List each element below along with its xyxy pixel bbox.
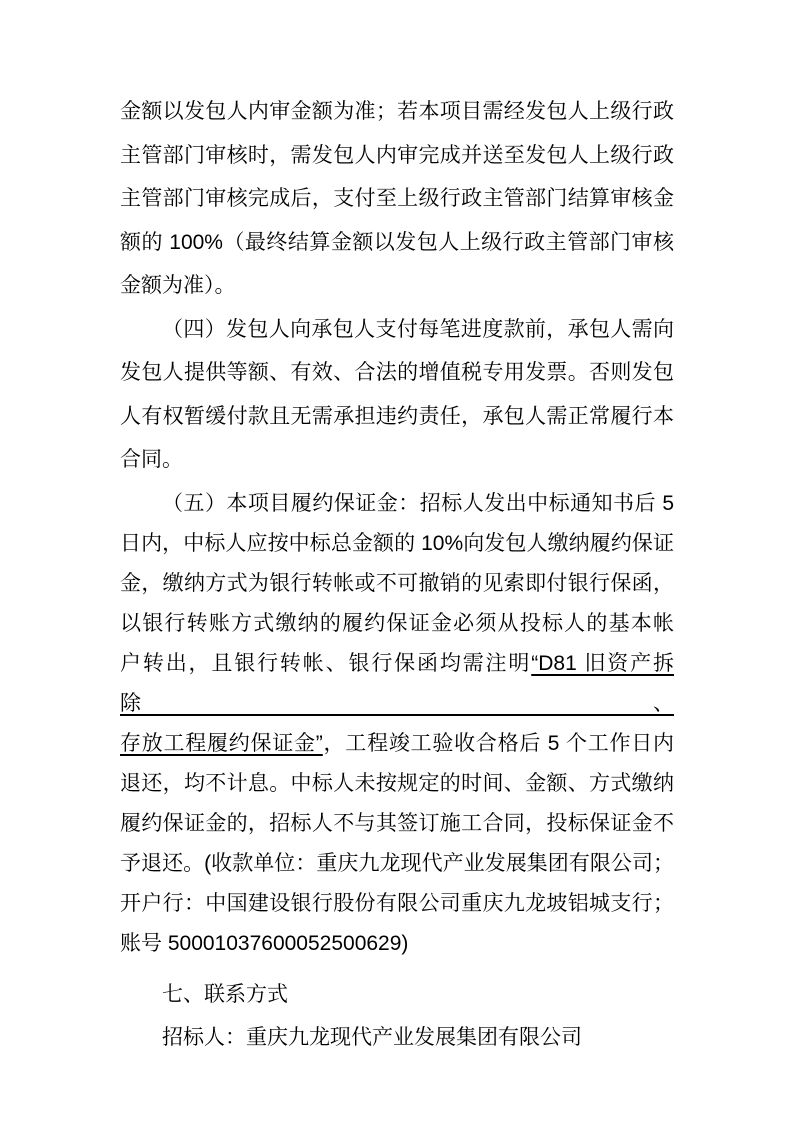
text-segment: 户转出，且银行转帐、银行保函均需注明 [120,652,531,675]
text-segment: 主管部门审核时，需发包人内审完成并送至发包人上级行政 [120,144,674,167]
text-line: 金额以发包人内审金额为准；若本项目需经发包人上级行政 [120,90,674,134]
text-line: 履约保证金的，招标人不与其签订施工合同，投标保证金不 [120,804,674,844]
text-segment: 金，缴纳方式为银行转帐或不可撤销的见索即付银行保函， [120,572,674,595]
text-line: （四）发包人向承包人支付每笔进度款前，承包人需向 [120,308,674,352]
text-segment: 退还，均不计息。中标人未按规定的时间、金额、方式缴纳 [120,772,674,795]
text-segment: 七、联系方式 [162,983,288,1006]
text-segment: 招标人：重庆九龙现代产业发展集团有限公司 [162,1026,582,1049]
text-line: 招标人：重庆九龙现代产业发展集团有限公司 [120,1016,674,1060]
text-line: （五）本项目履约保证金：招标人发出中标通知书后 5 [120,484,674,524]
text-segment: （五）本项目履约保证金：招标人发出中标通知书后 5 [162,492,674,515]
text-line: 额的 100%（最终结算金额以发包人上级行政主管部门审核 [120,221,674,265]
text-line: 七、联系方式 [120,973,674,1017]
underlined-text: 存放工程履约保证金” [120,732,323,755]
text-line: 主管部门审核时，需发包人内审完成并送至发包人上级行政 [120,134,674,178]
text-segment: 合同。 [120,448,183,471]
text-line: 以银行转账方式缴纳的履约保证金必须从投标人的基本帐 [120,604,674,644]
text-segment: 人有权暂缓付款且无需承担违约责任，承包人需正常履行本 [120,405,674,428]
text-line: 人有权暂缓付款且无需承担违约责任，承包人需正常履行本 [120,395,674,439]
text-segment: 发包人提供等额、有效、合法的增值税专用发票。否则发包 [120,361,674,384]
text-segment: 开户行：中国建设银行股份有限公司重庆九龙坡铝城支行； [120,892,674,915]
text-segment: 主管部门审核完成后，支付至上级行政主管部门结算审核金 [120,187,674,210]
text-segment: （四）发包人向承包人支付每笔进度款前，承包人需向 [162,318,674,341]
text-segment: 日内，中标人应按中标总金额的 10%向发包人缴纳履约保证 [120,532,674,555]
text-segment: 金额以发包人内审金额为准；若本项目需经发包人上级行政 [120,100,674,123]
text-line: 予退还。(收款单位：重庆九龙现代产业发展集团有限公司； [120,844,674,884]
text-line: 账号 50001037600052500629) [120,924,674,964]
text-line: 发包人提供等额、有效、合法的增值税专用发票。否则发包 [120,351,674,395]
document-text: 金额以发包人内审金额为准；若本项目需经发包人上级行政主管部门审核时，需发包人内审… [120,90,674,1060]
text-line: 退还，均不计息。中标人未按规定的时间、金额、方式缴纳 [120,764,674,804]
text-segment: 以银行转账方式缴纳的履约保证金必须从投标人的基本帐 [120,612,674,635]
text-line: 金，缴纳方式为银行转帐或不可撤销的见索即付银行保函， [120,564,674,604]
text-line: 日内，中标人应按中标总金额的 10%向发包人缴纳履约保证 [120,524,674,564]
paragraph-settlement-audit-continuation: 金额以发包人内审金额为准；若本项目需经发包人上级行政主管部门审核时，需发包人内审… [120,90,674,308]
text-segment: 予退还。(收款单位：重庆九龙现代产业发展集团有限公司； [120,852,674,875]
text-segment: 额的 100%（最终结算金额以发包人上级行政主管部门审核 [120,231,674,254]
paragraph-clause-four-invoice: （四）发包人向承包人支付每笔进度款前，承包人需向发包人提供等额、有效、合法的增值… [120,308,674,482]
paragraph-tenderer-name: 招标人：重庆九龙现代产业发展集团有限公司 [120,1016,674,1060]
paragraph-section-seven-contact-heading: 七、联系方式 [120,973,674,1017]
text-segment: ，工程竣工验收合格后 5 个工作日内 [323,732,674,755]
text-line: 主管部门审核完成后，支付至上级行政主管部门结算审核金 [120,177,674,221]
text-line: 存放工程履约保证金”，工程竣工验收合格后 5 个工作日内 [120,724,674,764]
paragraph-clause-five-performance-bond: （五）本项目履约保证金：招标人发出中标通知书后 5日内，中标人应按中标总金额的 … [120,484,674,964]
text-line: 开户行：中国建设银行股份有限公司重庆九龙坡铝城支行； [120,884,674,924]
text-line: 合同。 [120,438,674,482]
text-segment: 履约保证金的，招标人不与其签订施工合同，投标保证金不 [120,812,674,835]
text-line: 户转出，且银行转帐、银行保函均需注明“D81 旧资产拆除、 [120,644,674,724]
text-segment: 金额为准）。 [120,274,236,297]
text-line: 金额为准）。 [120,264,674,308]
document-page: 金额以发包人内审金额为准；若本项目需经发包人上级行政主管部门审核时，需发包人内审… [0,0,793,1122]
text-segment: 账号 50001037600052500629) [120,932,408,955]
